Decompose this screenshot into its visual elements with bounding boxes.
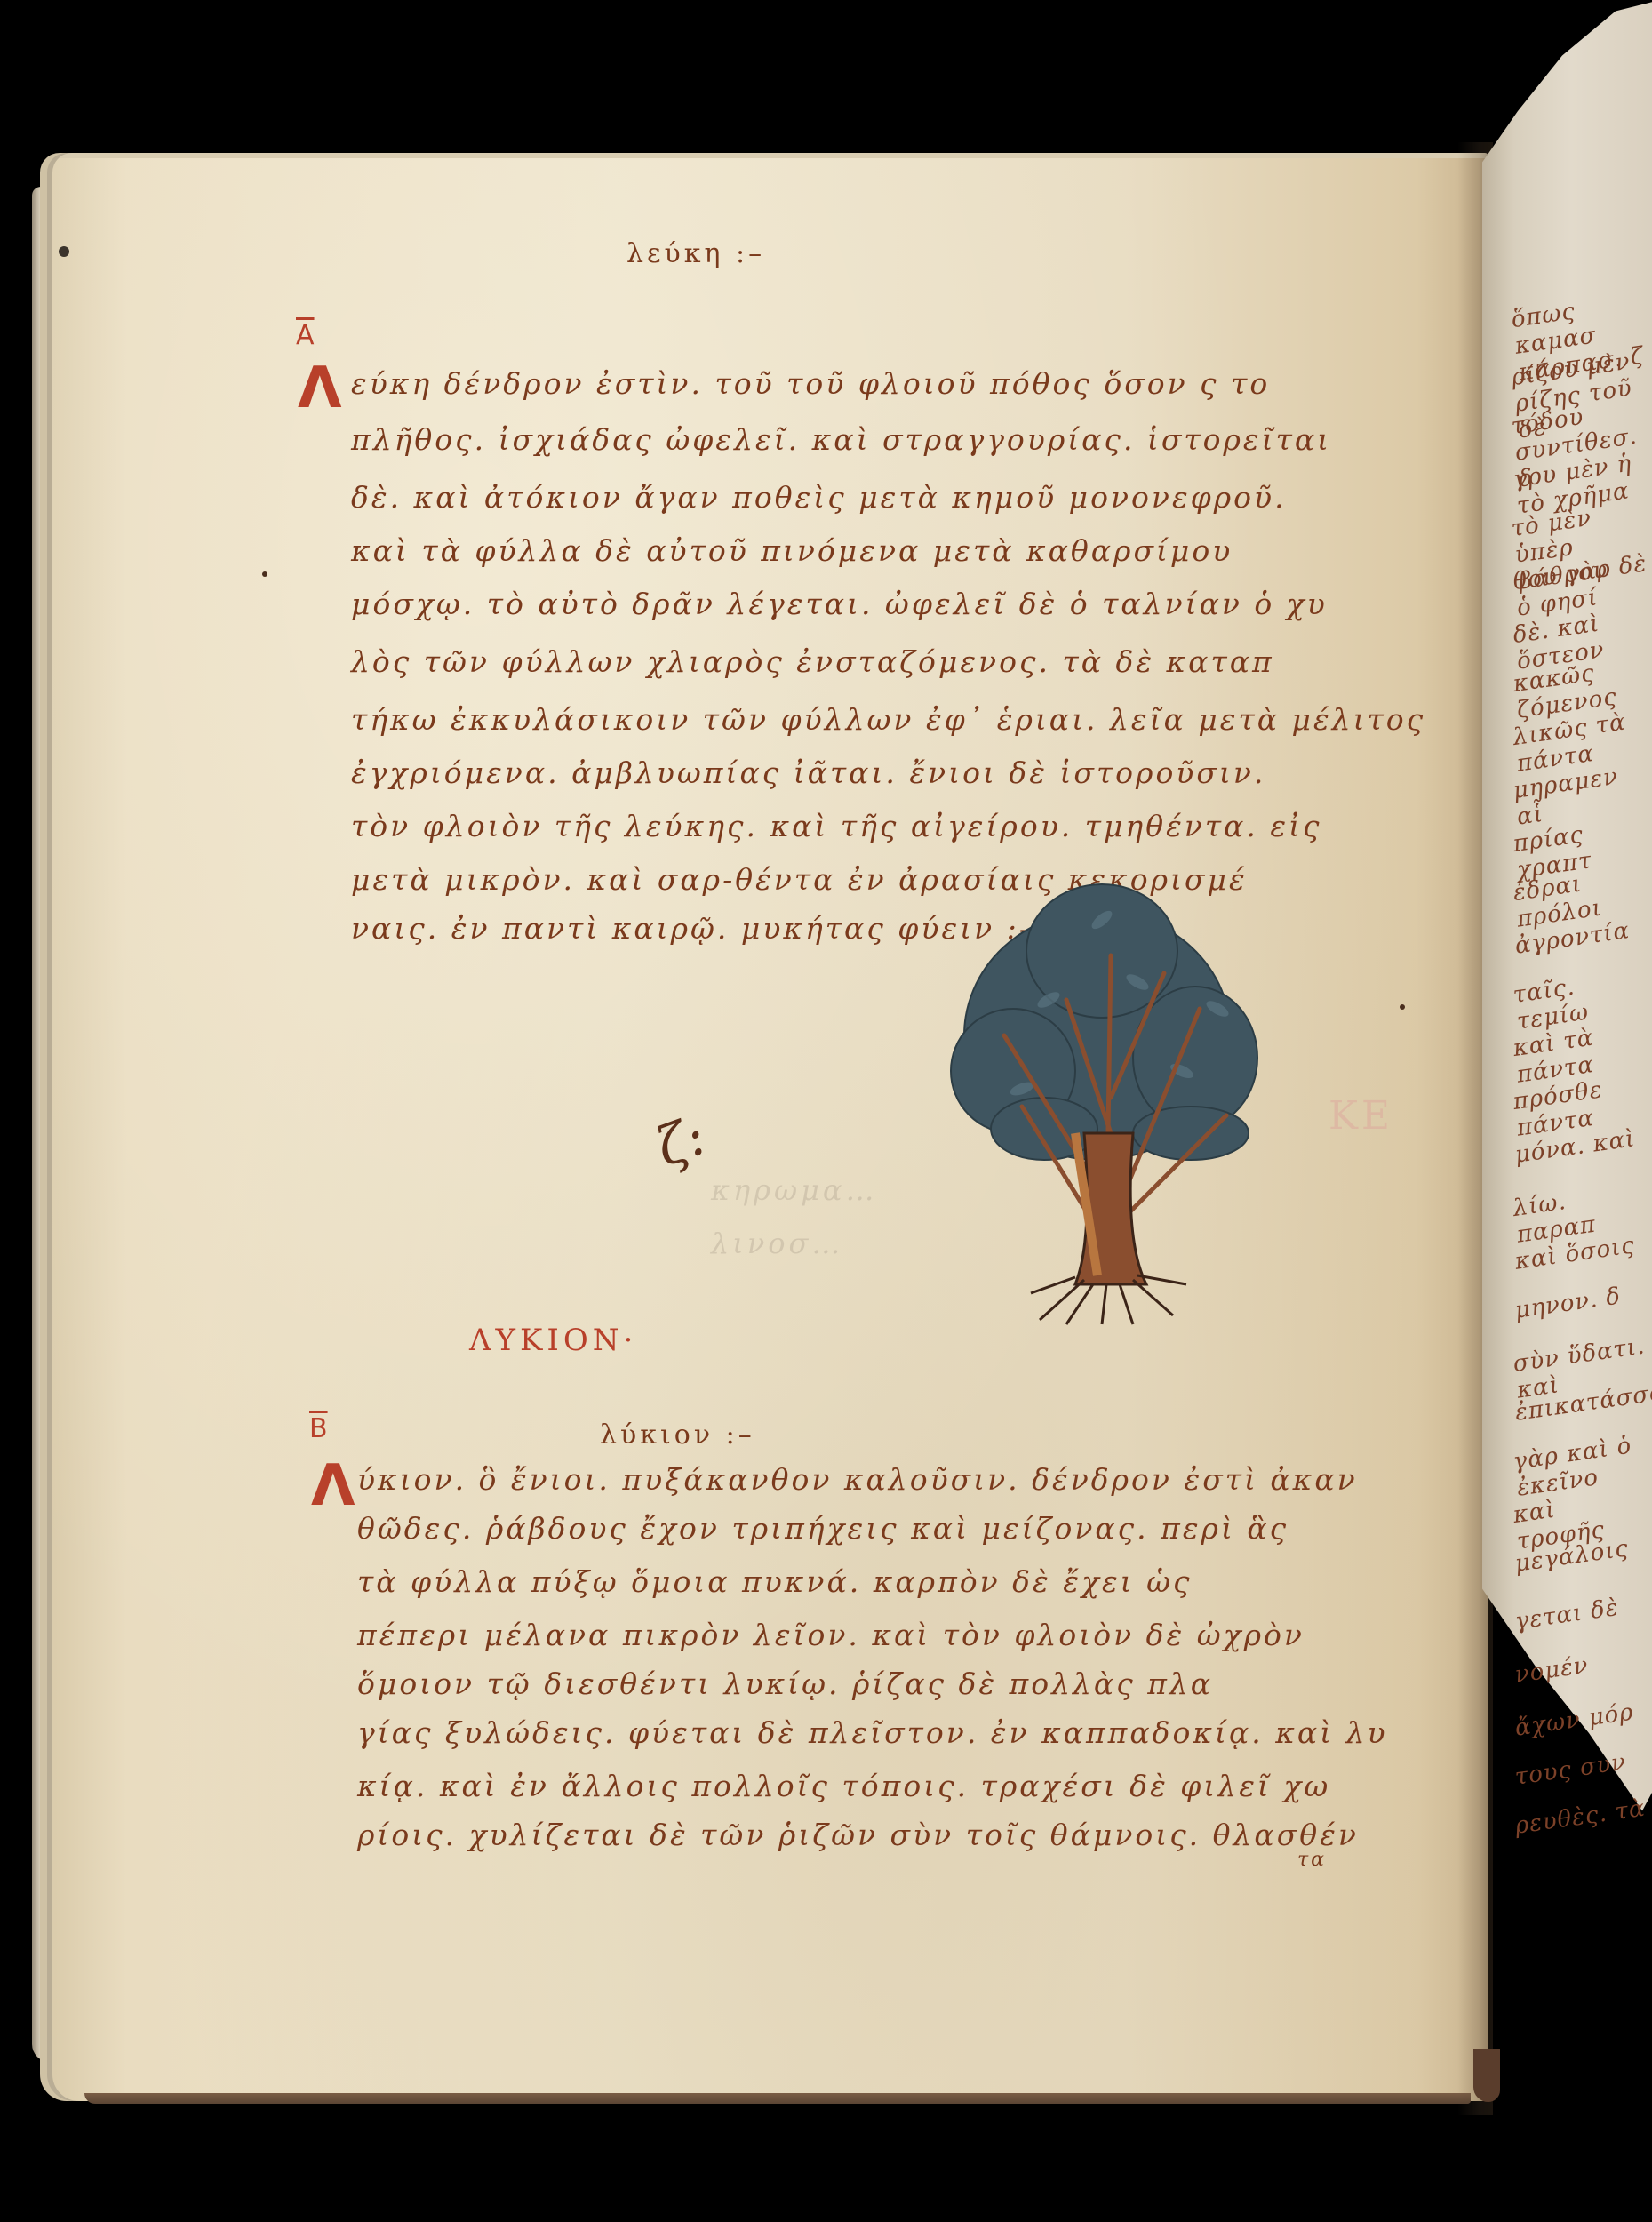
marginal-numeral: Α: [296, 320, 315, 351]
text-line: τὰ φύλλα πύξῳ ὅμοια πυκνά. καρπὸν δὲ ἔχε…: [357, 1564, 1192, 1599]
text-line: ύκιον. ὃ ἔνιοι. πυξάκανθον καλοῦσιν. δέν…: [357, 1462, 1358, 1497]
text-line: δὲ. καὶ ἀτόκιον ἄγαν ποθεὶς μετὰ κημοῦ μ…: [351, 480, 1287, 515]
binding-spine: [1473, 2049, 1500, 2102]
text-line: νομέν: [1513, 1652, 1590, 1689]
parchment-hole: [59, 246, 69, 257]
left-page-bottom-edge: [84, 2093, 1471, 2104]
ink-dot: [262, 571, 267, 577]
tree-illustration: [942, 867, 1262, 1329]
text-line: πλῆθος. ἰσχιάδας ὠφελεῖ. καὶ στραγγουρία…: [351, 422, 1331, 457]
text-line: εύκη δένδρον ἐστὶν. τοῦ τοῦ φλοιοῦ πόθος…: [351, 366, 1270, 401]
text-line: γίας ξυλώδεις. φύεται δὲ πλεῖστον. ἐν κα…: [357, 1715, 1388, 1750]
text-line: λὸς τῶν φύλλων χλιαρὸς ἐνσταζόμενος. τὰ …: [351, 644, 1274, 679]
marginal-numeral: Β: [309, 1413, 328, 1444]
text-line: ἐγχριόμενα. ἀμβλυωπίας ἰᾶται. ἔνιοι δὲ ἱ…: [351, 755, 1265, 790]
text-line: τὸν φλοιὸν τῆς λεύκης. καὶ τῆς αἰγείρου.…: [351, 809, 1322, 843]
right-page-text: ὅπως καμασ κάρπασ. ζ ρίζου μὲν ρίζης τοῦ…: [1511, 0, 1652, 2222]
text-line: μηνον. δ: [1513, 1283, 1623, 1323]
text-line: ὅμοιον τῷ διεσθέντι λυκίῳ. ῥίζας δὲ πολλ…: [357, 1666, 1213, 1701]
text-line: γεται δὲ: [1513, 1595, 1621, 1635]
rubric-caption: ΛΥΚΙΟΝ·: [469, 1323, 637, 1358]
running-title: λεύκη :–: [626, 238, 765, 269]
ink-dot: [1400, 1004, 1405, 1010]
text-line: πέπερι μέλανα πικρὸν λεῖον. καὶ τὸν φλοι…: [357, 1618, 1305, 1652]
show-through-text: κηρωμα…: [711, 1173, 877, 1207]
show-through-numeral: ΚΕ: [1329, 1093, 1393, 1139]
text-line: τους συν: [1513, 1749, 1628, 1791]
initial-letter: Λ: [298, 360, 342, 417]
section-heading: λύκιον :–: [600, 1419, 755, 1451]
text-line: μόσχῳ. τὸ αὐτὸ δρᾶν λέγεται. ὠφελεῖ δὲ ὁ…: [351, 587, 1328, 621]
tree-icon: [942, 867, 1262, 1329]
text-line: ρευθὲς. τὰ: [1513, 1795, 1647, 1840]
text-line: ρίοις. χυλίζεται δὲ τῶν ῥιζῶν σὺν τοῖς θ…: [357, 1818, 1359, 1852]
text-line: τήκω ἐκκυλάσικοιν τῶν φύλλων ἐφ᾽ ἑριαι. …: [351, 702, 1425, 737]
text-line: θῶδες. ῥάβδους ἔχον τριπήχεις καὶ μείζον…: [357, 1511, 1289, 1546]
initial-letter: Λ: [311, 1458, 355, 1515]
show-through-text: λινοσ…: [711, 1227, 843, 1260]
text-line: καὶ τὰ φύλλα δὲ αὐτοῦ πινόμενα μετὰ καθα…: [351, 533, 1233, 568]
text-line: τα: [1297, 1849, 1327, 1871]
text-line: ἄχων μόρ: [1513, 1698, 1635, 1741]
text-line: κίᾳ. καὶ ἐν ἄλλοις πολλοῖς τόποις. τραχέ…: [357, 1769, 1330, 1803]
text-line: ναις. ἐν παντὶ καιρῷ. μυκήτας φύειν :–: [351, 911, 1036, 946]
